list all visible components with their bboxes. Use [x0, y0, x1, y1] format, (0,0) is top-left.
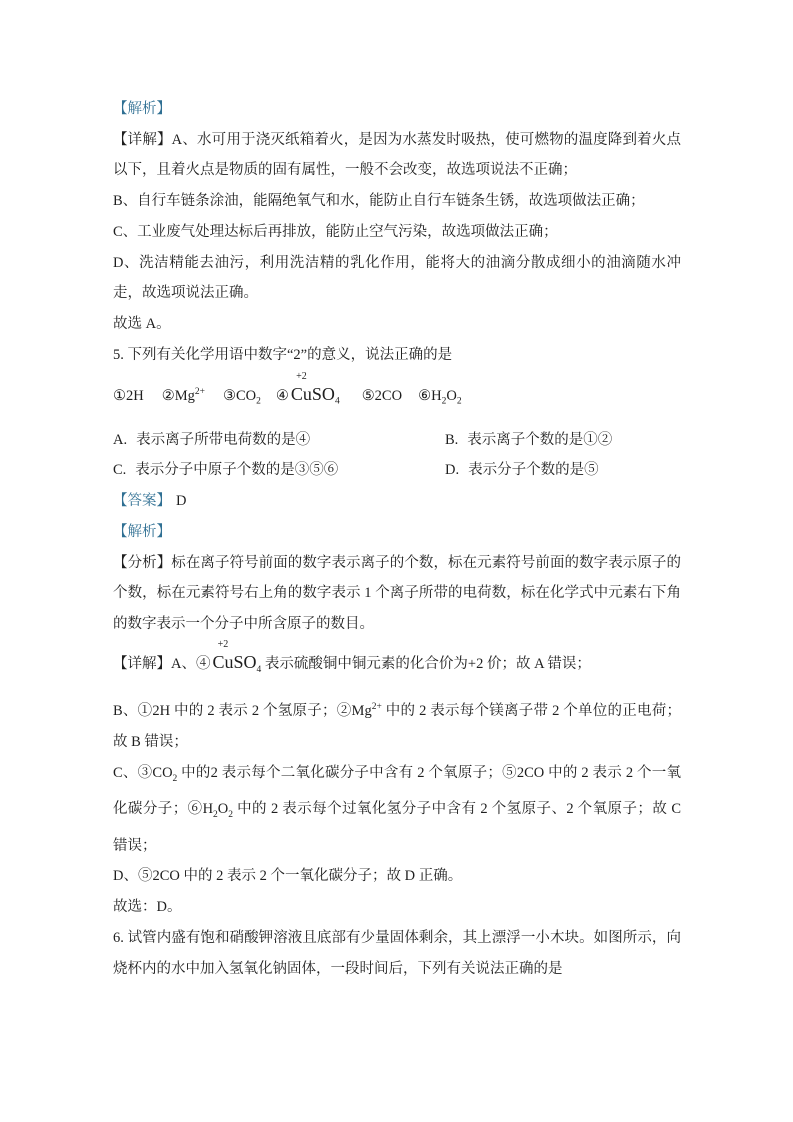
q5-option-b: B.表示离子个数的是①②: [445, 425, 681, 456]
q5-detail-c: C、③CO2 中的2 表示每个二氧化碳分子中含有 2 个氧原子；⑤2CO 中的 …: [113, 758, 681, 862]
q5-option-d-label: D.: [445, 455, 459, 486]
q5-analysis: 【分析】标在离子符号前面的数字表示离子的个数，标在元素符号前面的数字表示原子的个…: [113, 548, 681, 640]
q5-detail-b: B、①2H 中的 2 表示 2 个氢原子；②Mg2+ 中的 2 表示每个镁离子带…: [113, 692, 681, 757]
q5-option-d-text: 表示分子个数的是⑤: [468, 462, 599, 478]
q5-detail-d: D、⑤2CO 中的 2 表示 2 个一氧化碳分子；故 D 正确。: [113, 861, 681, 892]
q5-option-a-label: A.: [113, 425, 127, 456]
q5-option-d: D.表示分子个数的是⑤: [445, 455, 681, 486]
q5-option-a: A.表示离子所带电荷数的是④: [113, 425, 445, 456]
page-content: 【解析】 【详解】A、水可用于浇灭纸箱着火，是因为水蒸发时吸热，使可燃物的温度降…: [113, 94, 681, 984]
q6-stem: 6. 试管内盛有饱和硝酸钾溶液且底部有少量固体剩余，其上漂浮一小木块。如图所示，…: [113, 923, 681, 984]
q4-conclusion: 故选 A。: [113, 309, 681, 340]
q5-detail-a: 【详解】A、④+2CuSO4 表示硫酸铜中铜元素的化合价为+2 价；故 A 错误…: [113, 640, 681, 693]
q4-detail-a: 【详解】A、水可用于浇灭纸箱着火，是因为水蒸发时吸热，使可燃物的温度降到着火点以…: [113, 125, 681, 186]
q5-option-b-text: 表示离子个数的是①②: [467, 432, 612, 448]
q5-answer-line: 【答案】D: [113, 486, 681, 517]
q5-formula-list: ①2H②Mg2+③CO2④+2CuSO4⑤2CO⑥H2O2: [113, 370, 681, 424]
q5-option-c: C.表示分子中原子个数的是③⑤⑥: [113, 455, 445, 486]
q5-answer-value: D: [176, 493, 186, 509]
q4-explanation-header: 【解析】: [113, 94, 681, 125]
q5-answer-label: 【答案】: [113, 493, 171, 509]
q5-option-c-label: C.: [113, 455, 126, 486]
q5-option-a-text: 表示离子所带电荷数的是④: [136, 432, 310, 448]
q4-detail-d: D、洗洁精能去油污，利用洗洁精的乳化作用，能将大的油滴分散成细小的油滴随水冲走，…: [113, 248, 681, 309]
q5-explanation-header: 【解析】: [113, 517, 681, 548]
q4-detail-c: C、工业废气处理达标后再排放，能防止空气污染，故选项做法正确；: [113, 217, 681, 248]
q4-detail-b: B、自行车链条涂油，能隔绝氧气和水，能防止自行车链条生锈，故选项做法正确；: [113, 186, 681, 217]
document-page: 【解析】 【详解】A、水可用于浇灭纸箱着火，是因为水蒸发时吸热，使可燃物的温度降…: [0, 0, 793, 1122]
q5-option-c-text: 表示分子中原子个数的是③⑤⑥: [135, 462, 338, 478]
q5-stem: 5. 下列有关化学用语中数字“2”的意义，说法正确的是: [113, 340, 681, 371]
q5-option-b-label: B.: [445, 425, 458, 456]
q5-options: A.表示离子所带电荷数的是④ B.表示离子个数的是①② C.表示分子中原子个数的…: [113, 425, 681, 486]
q5-conclusion: 故选：D。: [113, 892, 681, 923]
